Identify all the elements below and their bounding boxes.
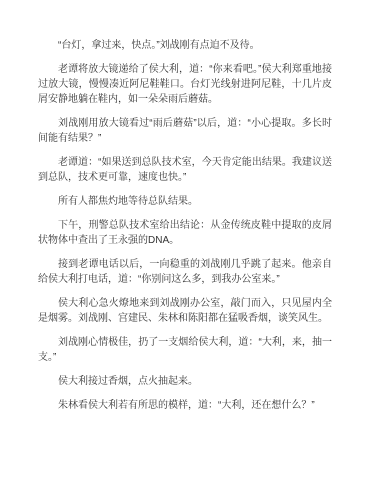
paragraph-4: 老谭道：“如果送到总队技术室，今天肯定能出结果。我建议送到总队，技术更可靠，速度… bbox=[38, 155, 332, 185]
paragraph-9: 刘战刚心情极佳，扔了一支烟给侯大利，道：“大利，来，抽一支。” bbox=[38, 335, 332, 365]
paragraph-8: 侯大利心急火燎地来到刘战刚办公室，敲门而入，只见屋内全是烟雾。刘战刚、宫建民、朱… bbox=[38, 296, 332, 326]
paragraph-1: “台灯，拿过来，快点。”刘战刚有点迫不及待。 bbox=[38, 38, 332, 53]
paragraph-11: 朱林看侯大利若有所思的模样，道：“大利，还在想什么？” bbox=[38, 398, 332, 413]
text-column: “台灯，拿过来，快点。”刘战刚有点迫不及待。 老谭将放大镜递给了侯大利，道：“你… bbox=[38, 38, 332, 413]
paragraph-2: 老谭将放大镜递给了侯大利，道：“你来看吧。”侯大利郑重地接过放大镜，慢慢凑近阿尼… bbox=[38, 62, 332, 107]
reading-page: “台灯，拿过来，快点。”刘战刚有点迫不及待。 老谭将放大镜递给了侯大利，道：“你… bbox=[0, 0, 370, 480]
paragraph-3: 刘战刚用放大镜看过“雨后蘑菇”以后，道：“小心提取。多长时间能有结果？” bbox=[38, 116, 332, 146]
paragraph-10: 侯大利接过香烟，点火抽起来。 bbox=[38, 374, 332, 389]
paragraph-6: 下午，刑警总队技术室给出结论：从金传统皮鞋中提取的皮屑状物体中查出了王永强的DN… bbox=[38, 218, 332, 248]
paragraph-7: 接到老谭电话以后，一向稳重的刘战刚几乎跳了起来。他亲自给侯大利打电话，道：“你别… bbox=[38, 257, 332, 287]
paragraph-5: 所有人都焦灼地等待总队结果。 bbox=[38, 194, 332, 209]
